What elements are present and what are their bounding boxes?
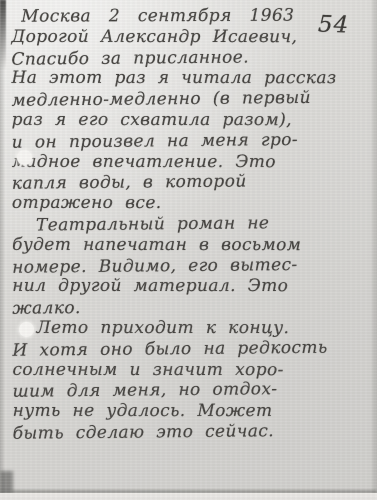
paper-left-edge-shadow (0, 0, 5, 500)
letter-line: и он произвел на меня гро- (12, 129, 371, 153)
letter-line: быть сделаю это сейчас. (13, 420, 372, 444)
paper-top-left-edge (0, 0, 6, 70)
letter-line: раз я его схватила разом), (12, 110, 371, 131)
letter-line: жалко. (12, 295, 371, 319)
letter-line: шим для меня, но отдох- (12, 379, 371, 403)
letter-line: На этот раз я читала рассказ (11, 68, 370, 89)
letter-line: отражено все. (12, 193, 371, 214)
letter-line: Лето приходит к концу. (12, 318, 371, 339)
letter-line: Спасибо за присланное. (11, 46, 370, 70)
letter-line: Дорогой Александр Исаевич, (11, 27, 370, 48)
letter-line: капля воды, в которой (12, 171, 371, 195)
letter-line: И хотя оно было на редкость (12, 337, 371, 361)
paper-right-edge-shadow (370, 0, 377, 500)
letter-line: Театральный роман не (12, 212, 371, 236)
letter-body: Москва 2 сентября 1963 Дорогой Александр… (11, 5, 372, 443)
letter-line: солнечным и значит хоро- (12, 359, 371, 380)
letter-line: нил другой материал. Это (12, 276, 371, 297)
letter-line: будет напечатан в восьмом (12, 235, 371, 256)
letter-line: мадное впечатление. Это (12, 151, 371, 172)
letter-line: медленно-медленно (в первый (11, 87, 370, 111)
paper-hole-dot (19, 322, 34, 337)
scan-background-strip (0, 493, 377, 500)
paper-hole-dot (17, 150, 32, 165)
letter-line: нуть не удалось. Может (13, 401, 372, 422)
scanned-letter-page: Москва 2 сентября 1963 Дорогой Александр… (0, 0, 377, 500)
letter-line: номере. Видимо, его вытес- (12, 254, 371, 278)
page-number: 54 (318, 11, 350, 38)
letter-dateline: Москва 2 сентября 1963 (11, 5, 370, 27)
